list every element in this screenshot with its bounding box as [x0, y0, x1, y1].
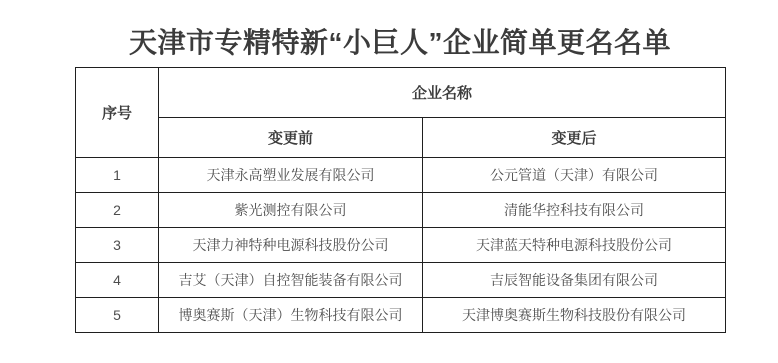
cell-after: 吉辰智能设备集团有限公司	[423, 263, 726, 298]
header-before: 变更前	[159, 118, 423, 158]
table-header-row-2: 变更前 变更后	[76, 118, 726, 158]
page-title: 天津市专精特新“小巨人”企业简单更名名单	[75, 21, 725, 61]
table-header-row-1: 序号 企业名称	[76, 68, 726, 118]
page: 天津市专精特新“小巨人”企业简单更名名单 序号 企业名称 变更前 变更后 1 天…	[0, 0, 778, 363]
header-after: 变更后	[423, 118, 726, 158]
cell-after: 公元管道（天津）有限公司	[423, 158, 726, 193]
cell-index: 3	[76, 228, 159, 263]
cell-after: 天津蓝天特种电源科技股份公司	[423, 228, 726, 263]
cell-before: 博奥赛斯（天津）生物科技有限公司	[159, 298, 423, 333]
cell-after: 清能华控科技有限公司	[423, 193, 726, 228]
table-row: 2 紫光测控有限公司 清能华控科技有限公司	[76, 193, 726, 228]
table-row: 5 博奥赛斯（天津）生物科技有限公司 天津博奥赛斯生物科技股份有限公司	[76, 298, 726, 333]
header-index: 序号	[76, 68, 159, 158]
company-rename-table: 序号 企业名称 变更前 变更后 1 天津永高塑业发展有限公司 公元管道（天津）有…	[75, 67, 726, 333]
cell-index: 2	[76, 193, 159, 228]
cell-before: 吉艾（天津）自控智能装备有限公司	[159, 263, 423, 298]
header-company-name: 企业名称	[159, 68, 726, 118]
cell-index: 1	[76, 158, 159, 193]
cell-before: 天津永高塑业发展有限公司	[159, 158, 423, 193]
cell-after: 天津博奥赛斯生物科技股份有限公司	[423, 298, 726, 333]
table-row: 3 天津力神特种电源科技股份公司 天津蓝天特种电源科技股份公司	[76, 228, 726, 263]
cell-before: 紫光测控有限公司	[159, 193, 423, 228]
table-row: 1 天津永高塑业发展有限公司 公元管道（天津）有限公司	[76, 158, 726, 193]
cell-index: 5	[76, 298, 159, 333]
cell-index: 4	[76, 263, 159, 298]
table-row: 4 吉艾（天津）自控智能装备有限公司 吉辰智能设备集团有限公司	[76, 263, 726, 298]
cell-before: 天津力神特种电源科技股份公司	[159, 228, 423, 263]
